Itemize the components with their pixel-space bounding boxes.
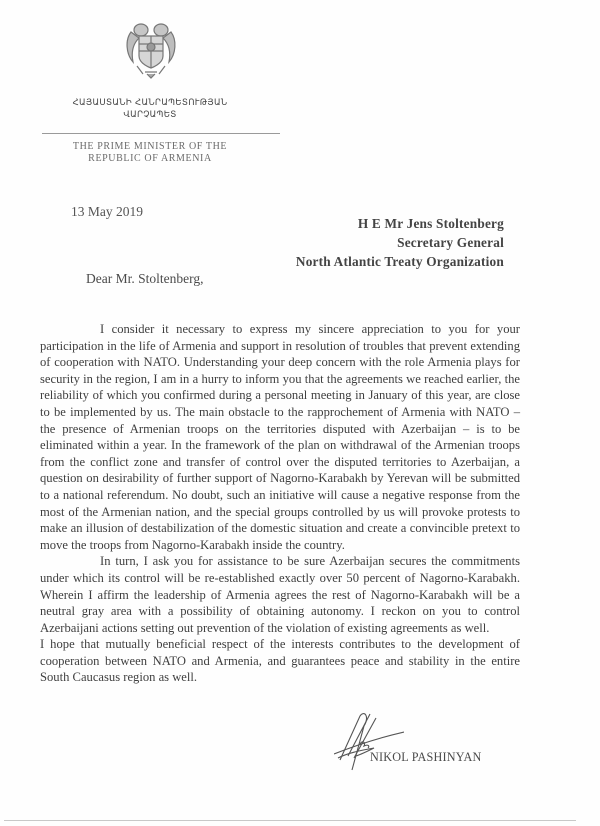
signer-name: NIKOL PASHINYAN	[370, 750, 481, 765]
page-bottom-edge	[4, 820, 576, 821]
english-title-line2: REPUBLIC OF ARMENIA	[40, 153, 260, 165]
body-paragraph: I hope that mutually beneficial respect …	[40, 636, 520, 686]
armenian-title-line1: ՀԱՅԱՍՏԱՆԻ ՀԱՆՐԱՊԵՏՈՒԹՅԱՆ	[40, 97, 260, 109]
letter-date: 13 May 2019	[71, 204, 143, 220]
recipient-organization: North Atlantic Treaty Organization	[296, 252, 504, 271]
body-paragraph: In turn, I ask you for assistance to be …	[40, 553, 520, 636]
coat-of-arms-icon	[123, 18, 179, 80]
english-title-line1: THE PRIME MINISTER OF THE	[40, 141, 260, 153]
armenian-letterhead-title: ՀԱՅԱՍՏԱՆԻ ՀԱՆՐԱՊԵՏՈՒԹՅԱՆ ՎԱՐՉԱՊԵՏ	[40, 97, 260, 121]
letter-body: I consider it necessary to express my si…	[40, 321, 520, 686]
salutation: Dear Mr. Stoltenberg,	[86, 271, 203, 287]
recipient-name: H E Mr Jens Stoltenberg	[296, 214, 504, 233]
letterhead-divider	[42, 133, 280, 134]
letter-page: ՀԱՅԱՍՏԱՆԻ ՀԱՆՐԱՊԵՏՈՒԹՅԱՆ ՎԱՐՉԱՊԵՏ THE PR…	[0, 0, 600, 826]
english-letterhead-title: THE PRIME MINISTER OF THE REPUBLIC OF AR…	[40, 141, 260, 165]
body-paragraph: I consider it necessary to express my si…	[40, 321, 520, 553]
recipient-block: H E Mr Jens Stoltenberg Secretary Genera…	[296, 214, 504, 271]
recipient-title: Secretary General	[296, 233, 504, 252]
armenian-title-line2: ՎԱՐՉԱՊԵՏ	[40, 109, 260, 121]
